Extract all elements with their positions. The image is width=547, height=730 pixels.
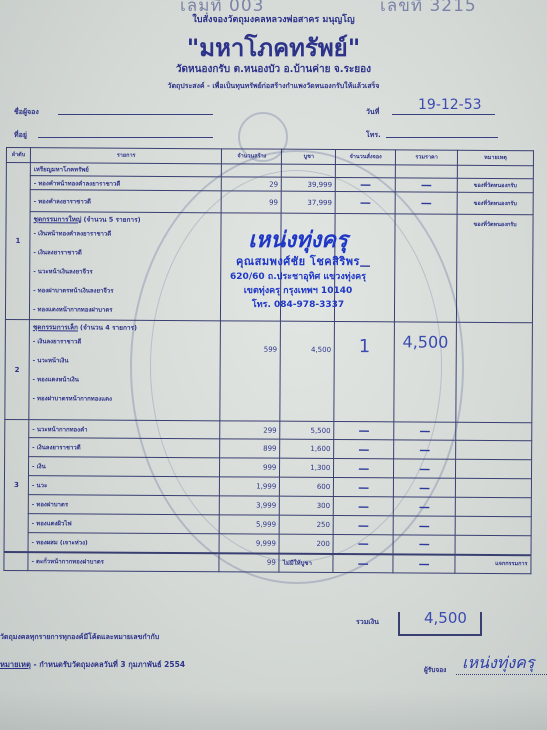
item-order[interactable]: — — [334, 497, 394, 516]
address-label: ที่อยู่ — [14, 130, 27, 141]
item-quantity: 9,999 — [219, 534, 279, 553]
shop-stamp: เหน่งทุ่งครุ คุณสมพงศ์ชัย โชคสิริพร 620/… — [188, 228, 408, 312]
date-label: วันที่ — [366, 107, 379, 118]
item-order[interactable]: — — [333, 554, 393, 573]
item-total: — — [394, 422, 456, 440]
item-total: — — [395, 192, 457, 214]
item-total: — — [393, 554, 455, 573]
item-quantity: 599 — [220, 321, 281, 421]
note-text: - กำหนดรับวัตถุมงคลวันที่ 3 กุมภาพันธ์ 2… — [31, 660, 185, 669]
item-quantity: 899 — [220, 439, 280, 458]
col-header-total: รวมราคา — [396, 150, 458, 165]
date-value: 19-12-53 — [418, 97, 482, 113]
item-price: 600 — [280, 477, 334, 496]
set-item: - นวะหน้าเงิน — [33, 351, 218, 371]
item-remark: แจกกรรมการ — [455, 554, 531, 573]
item-price: ไม่มีให้บูชา — [279, 553, 333, 572]
stamp-address-2: เขตทุ่งครุ กรุงเทพฯ 10140 — [188, 284, 408, 298]
item-price: 300 — [280, 496, 334, 515]
table-row: 2 ชุดกรรมการเล็ก (จำนวน 4 รายการ) - เงิน… — [5, 319, 533, 422]
item-quantity: 3,999 — [220, 496, 280, 515]
stamp-address-1: 620/60 ถ.ประชาอุทิศ แขวงทุ่งครุ — [188, 270, 408, 284]
phone-label: โทร. — [366, 130, 381, 141]
stamp-owner: คุณสมพงศ์ชัย โชคสิริพร — [188, 254, 408, 270]
subsection-note: (จำนวน 4 รายการ) — [80, 323, 137, 331]
item-order[interactable]: — — [333, 535, 393, 554]
table-row: - ตะกั่วหน้ากากทองฝาบาตร 99 ไม่มีให้บูชา… — [4, 551, 531, 573]
subsection-note: (จำนวน 5 รายการ) — [84, 215, 141, 223]
col-header-item: รายการ — [30, 148, 222, 164]
order-table: ลำดับ รายการ จำนวนสร้าง บูชา จำนวนสั่งจอ… — [3, 147, 534, 574]
item-name: - ทองคำลงยาราชาวดี — [30, 190, 222, 213]
item-order[interactable]: — — [334, 478, 394, 497]
item-order[interactable]: 1 — [334, 322, 394, 422]
col-header-no: ลำดับ — [6, 148, 30, 163]
item-remark: ของที่วัดหนองกรับ — [457, 192, 533, 214]
item-name: - ทองฝาบาตร — [28, 495, 220, 515]
item-remark: ของที่วัดหนองกรับ — [457, 178, 533, 192]
item-price: 1,600 — [280, 439, 334, 458]
set-item: - ทองฝาบาตรหน้ากากทองแดง — [32, 389, 217, 409]
item-quantity: 299 — [220, 421, 280, 439]
item-price: 1,300 — [280, 458, 334, 477]
item-price: 37,999 — [281, 191, 335, 213]
section-title: เหรียญมหาโภคทรัพย์ — [30, 163, 222, 177]
name-label: ชื่อผู้จอง — [14, 107, 39, 118]
col-header-order: จำนวนสั่งจอง — [336, 150, 396, 165]
subsection-title: ชุดกรรมการเล็ก — [33, 323, 78, 331]
col-header-quantity: จำนวนสร้าง — [222, 149, 282, 164]
item-total: — — [393, 516, 455, 535]
item-quantity: 999 — [220, 458, 280, 477]
address-field[interactable] — [38, 137, 213, 138]
item-price: 250 — [279, 515, 333, 534]
item-order[interactable]: — — [335, 192, 395, 214]
item-name: - ทองแดงผิวไฟ — [28, 514, 220, 534]
col-header-remark: หมายเหตุ — [458, 150, 534, 165]
item-name: - ตะกั่วหน้ากากทองฝาบาตร — [28, 552, 220, 572]
total-label: รวมเงิน — [356, 617, 379, 628]
item-remark: ของที่วัดหนองกรับ — [457, 214, 534, 322]
item-name: - ทองผสม (เจาะห่วง) — [28, 533, 220, 553]
item-total: — — [394, 478, 456, 497]
section-number — [4, 551, 28, 570]
set-item: - ทองแดงหน้าเงิน — [33, 370, 218, 390]
code-note: วัตถุมงคลทุกรายการทุกองค์มีโค้ดและหมายเล… — [0, 632, 159, 643]
item-quantity: 29 — [222, 177, 282, 191]
item-order[interactable]: — — [333, 516, 393, 535]
item-name: - นวะหน้ากากทองคำ — [29, 420, 221, 439]
table-row: - ทองคำลงยาราชาวดี 99 37,999 — — ของที่ว… — [6, 190, 533, 215]
item-quantity: 5,999 — [220, 515, 280, 534]
item-name: - เงิน — [28, 457, 220, 477]
item-order[interactable]: — — [334, 422, 394, 440]
receiver-label: ผู้รับจอง — [424, 665, 446, 675]
item-name: - เงินลงยาราชาวดี — [29, 438, 221, 458]
item-name: - ทองคำหน้าทองคำลงยาราชาวดี — [30, 176, 222, 191]
item-price: 200 — [279, 534, 333, 553]
item-quantity: 1,999 — [220, 477, 280, 496]
phone-field[interactable] — [386, 137, 498, 138]
subsection-title: ชุดกรรมการใหญ่ — [34, 215, 82, 223]
purpose-text: วัตถุประสงค์ - เพื่อเป็นทุนทรัพย์ก่อสร้า… — [0, 81, 547, 92]
set-item: - เงินลงยาราชาวดี — [33, 332, 218, 352]
item-total: — — [393, 497, 455, 516]
section-number: 1 — [5, 163, 30, 320]
item-order[interactable]: — — [334, 440, 394, 459]
booking-form-paper: เล่มที่ 003 เลขที่ 3215 ใบสั่งจองวัตถุมง… — [0, 0, 547, 730]
item-price: 5,500 — [280, 421, 334, 439]
name-field[interactable] — [58, 114, 213, 115]
item-total: — — [394, 440, 456, 459]
desk-shadow — [0, 690, 547, 730]
item-price: 39,999 — [282, 177, 336, 191]
item-total: — — [393, 535, 455, 554]
temple-address: วัดหนองกรับ ต.หนองบัว อ.บ้านค่าย จ.ระยอง — [0, 62, 547, 77]
item-total: 4,500 — [394, 322, 457, 422]
item-order[interactable]: — — [336, 178, 396, 192]
pickup-note: หมายเหตุ - กำหนดรับวัตถุมงคลวันที่ 3 กุม… — [0, 659, 185, 671]
stamp-shop-name: เหน่งทุ่งครุ — [188, 228, 408, 254]
item-quantity: 99 — [219, 553, 279, 572]
section-number: 2 — [5, 319, 30, 419]
item-price: 4,500 — [280, 321, 335, 421]
item-total: — — [394, 459, 456, 478]
receiver-signature: เหน่งทุ่งครุ — [462, 651, 534, 676]
small-committee-set: ชุดกรรมการเล็ก (จำนวน 4 รายการ) - เงินลง… — [29, 320, 221, 421]
stamp-phone: โทร. 084-978-3337 — [188, 298, 408, 312]
item-name: - นวะ — [28, 476, 220, 496]
total-value: 4,500 — [424, 609, 467, 627]
item-order[interactable]: — — [334, 459, 394, 478]
form-title: ใบสั่งจองวัตถุมงคลหลวงพ่อสาคร มนุญโญ — [0, 12, 547, 26]
note-label: หมายเหตุ — [0, 660, 31, 669]
col-header-price: บูชา — [282, 149, 336, 164]
item-quantity: 99 — [222, 191, 282, 213]
date-field[interactable] — [392, 114, 495, 115]
section-number: 3 — [4, 419, 29, 551]
item-total: — — [395, 178, 457, 192]
